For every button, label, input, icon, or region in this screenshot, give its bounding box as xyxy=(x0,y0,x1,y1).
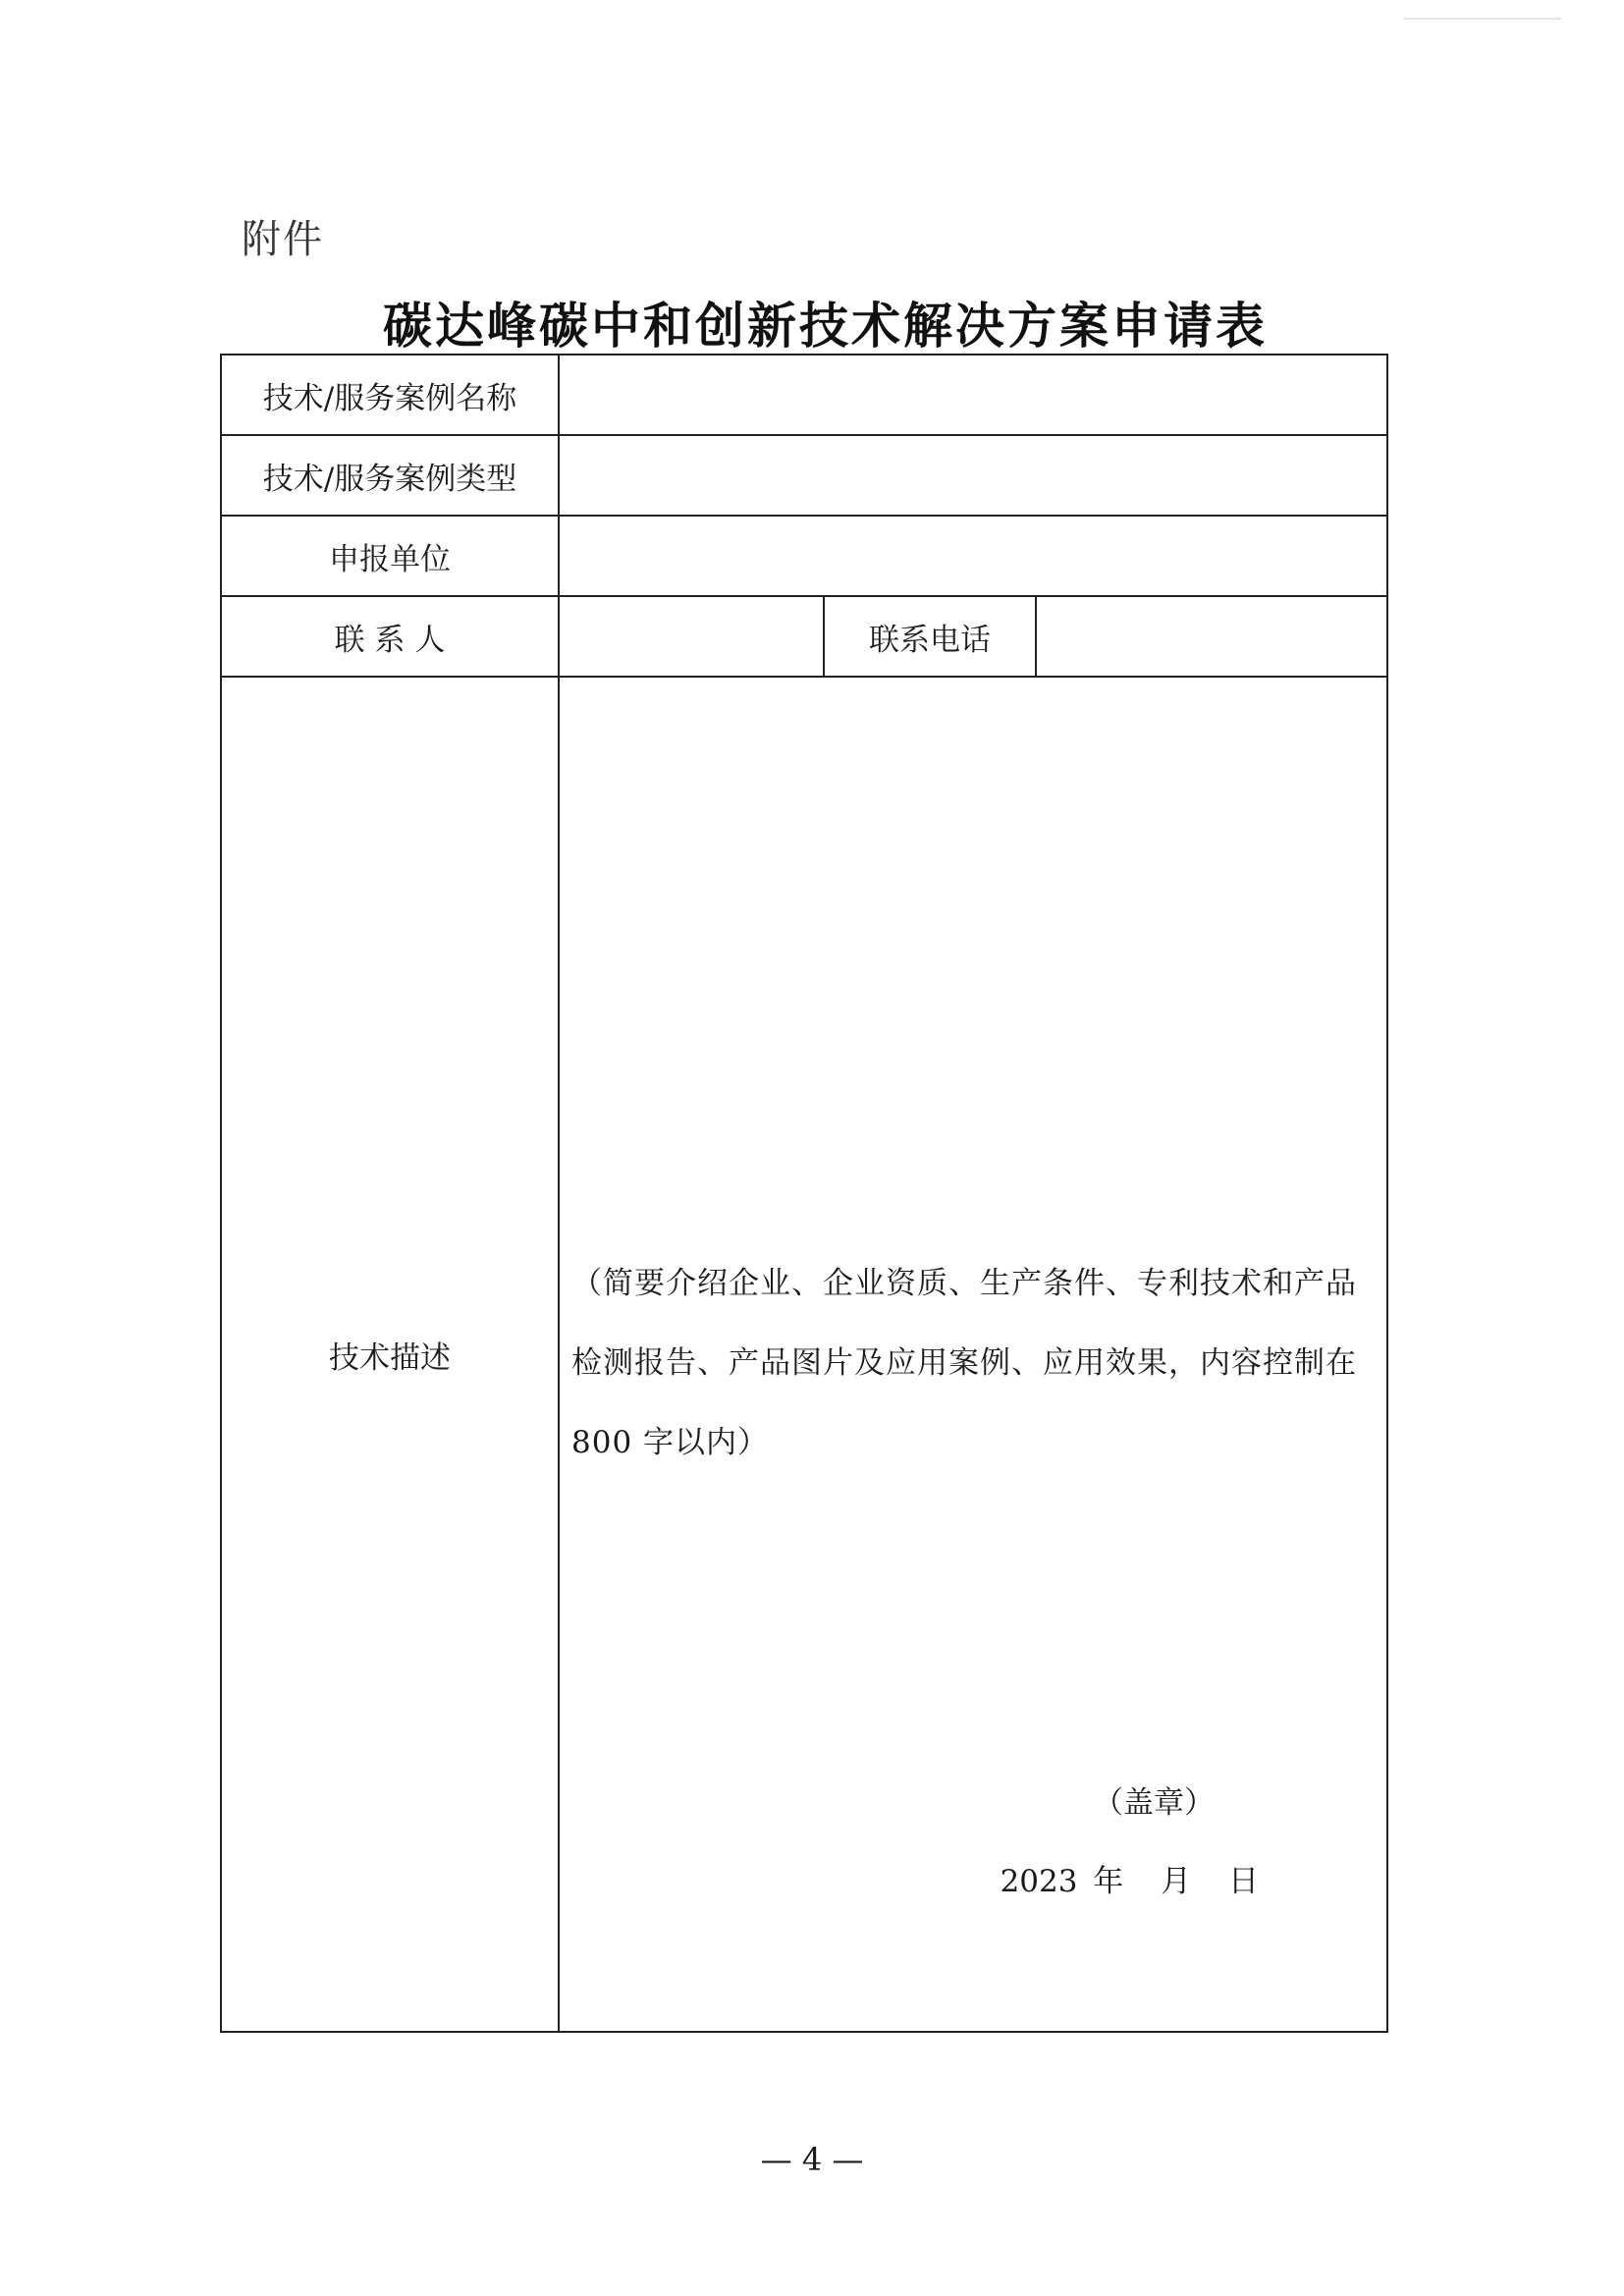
contact-phone-field[interactable] xyxy=(1036,596,1387,677)
contact-person-label: 联 系 人 xyxy=(221,596,559,677)
date-year: 2023 年 xyxy=(1001,1864,1124,1899)
date-line: 2023 年 月 日 xyxy=(1001,1856,1259,1900)
applicant-label: 申报单位 xyxy=(221,516,559,596)
description-hint: （简要介绍企业、企业资质、生产条件、专利技术和产品检测报告、产品图片及应用案例、… xyxy=(571,1244,1377,1483)
form-row-case-type: 技术/服务案例类型 xyxy=(221,435,1387,516)
case-name-field[interactable] xyxy=(559,355,1387,435)
form-row-applicant: 申报单位 xyxy=(221,516,1387,596)
attachment-label: 附件 xyxy=(242,208,324,264)
form-row-case-name: 技术/服务案例名称 xyxy=(221,355,1387,435)
form-row-contact: 联 系 人 联系电话 xyxy=(221,596,1387,677)
scan-artifact xyxy=(1404,18,1561,20)
seal-label: （盖章） xyxy=(1093,1777,1215,1822)
form-row-description: 技术描述 （简要介绍企业、企业资质、生产条件、专利技术和产品检测报告、产品图片及… xyxy=(221,677,1387,2032)
case-name-label: 技术/服务案例名称 xyxy=(221,355,559,435)
case-type-field[interactable] xyxy=(559,435,1387,516)
contact-phone-label: 联系电话 xyxy=(824,596,1036,677)
date-month: 月 xyxy=(1161,1864,1191,1899)
case-type-label: 技术/服务案例类型 xyxy=(221,435,559,516)
description-label: 技术描述 xyxy=(221,677,559,2032)
application-form-table: 技术/服务案例名称 技术/服务案例类型 申报单位 联 系 人 联系电话 技术描述… xyxy=(220,354,1388,2033)
applicant-field[interactable] xyxy=(559,516,1387,596)
date-day: 日 xyxy=(1228,1864,1259,1899)
description-field[interactable]: （简要介绍企业、企业资质、生产条件、专利技术和产品检测报告、产品图片及应用案例、… xyxy=(559,677,1387,2032)
page-number: — 4 — xyxy=(0,2141,1624,2178)
page-title: 碳达峰碳中和创新技术解决方案申请表 xyxy=(383,287,1268,357)
contact-person-field[interactable] xyxy=(559,596,824,677)
